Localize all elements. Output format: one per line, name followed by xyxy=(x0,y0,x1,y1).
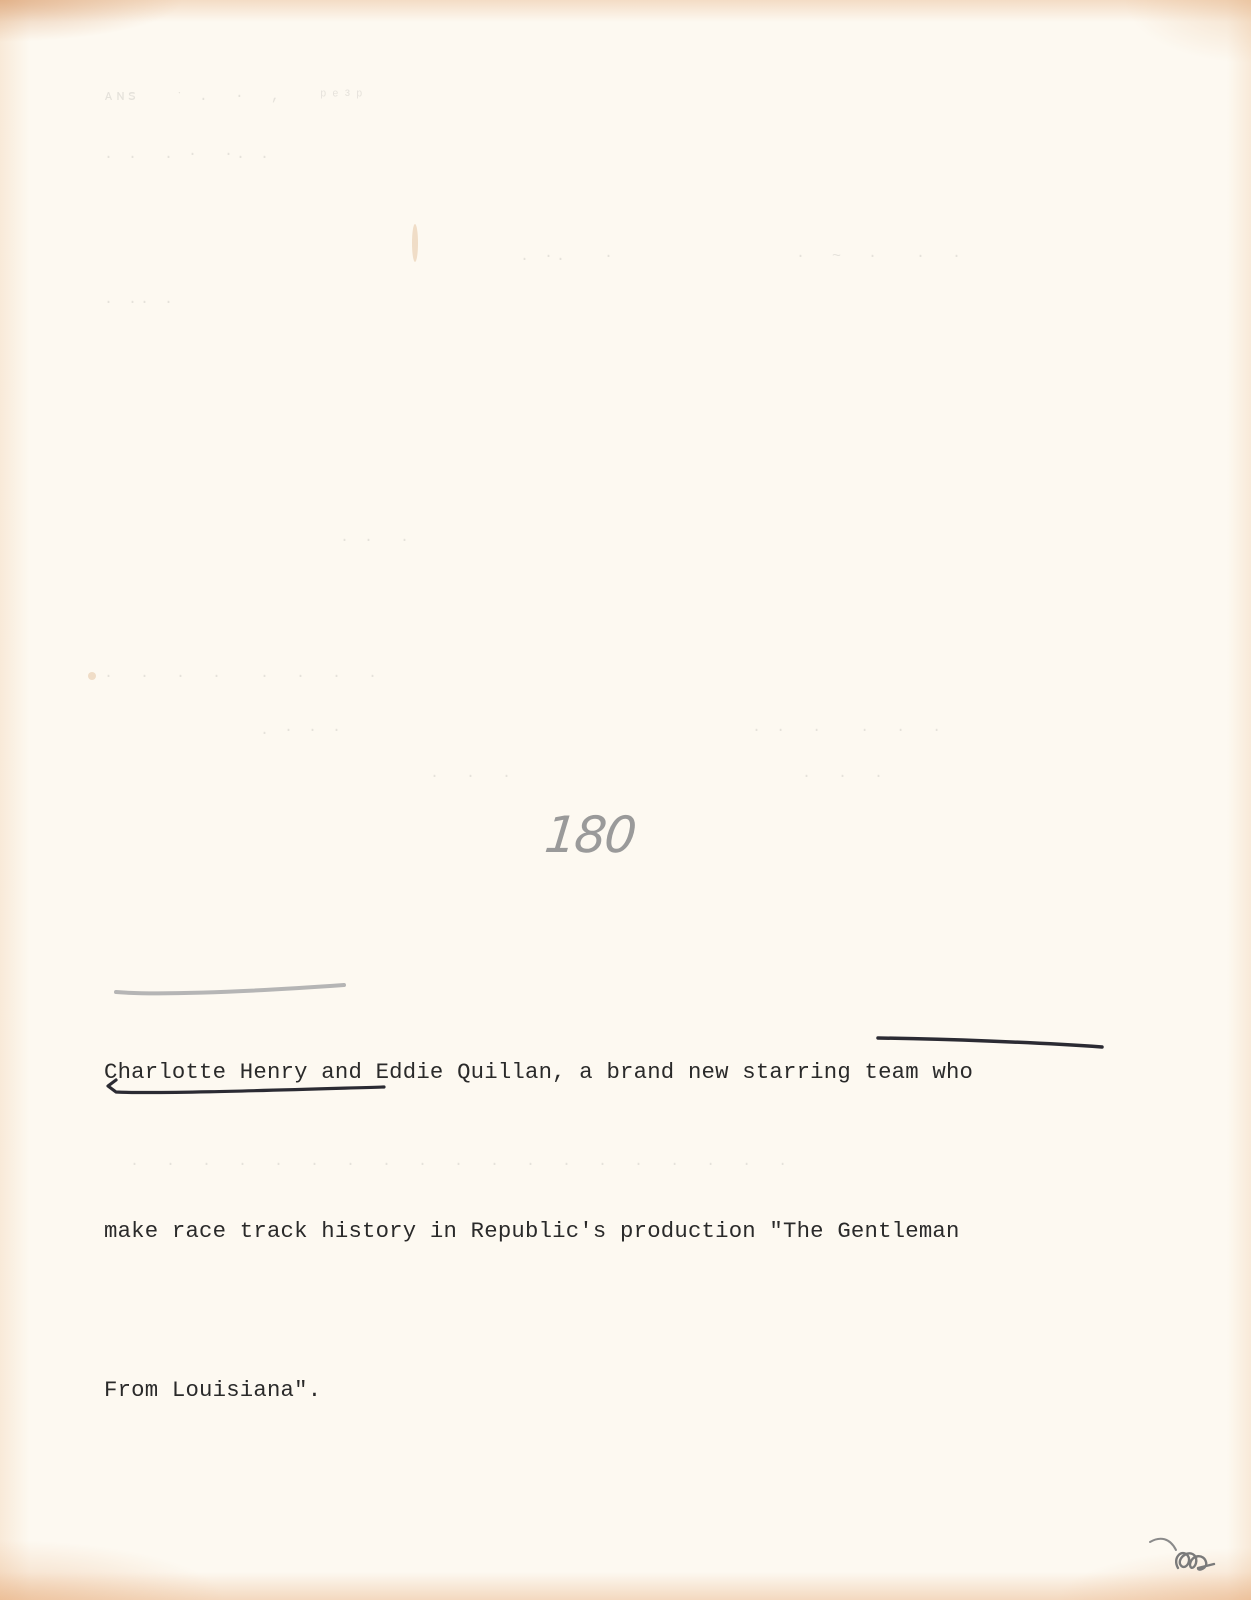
show-through-text: ᴀɴꜱ ˑ . · , ᵖᵉ³ᵖ xyxy=(104,86,367,105)
caption-line: From Louisiana". xyxy=(104,1364,973,1417)
show-through-text: . . . · ·. . xyxy=(104,146,272,163)
typewritten-caption: Charlotte Henry and Eddie Quillan, a bra… xyxy=(104,940,973,1523)
show-through-text: · ·· · xyxy=(104,294,176,311)
paper-stain xyxy=(88,672,96,680)
show-through-text: · · · · · · · · xyxy=(104,668,380,685)
ink-underline xyxy=(100,1072,400,1102)
initials-scribble-icon xyxy=(1148,1528,1218,1588)
show-through-text: · · · · · · xyxy=(430,768,886,785)
caption-line: make race track history in Republic's pr… xyxy=(104,1205,973,1258)
show-through-text: . · · · · · · · · · xyxy=(260,722,944,739)
show-through-text: . ·. · · ~ · · · xyxy=(520,248,964,265)
paper-stain xyxy=(412,224,418,262)
ink-underline xyxy=(872,1030,1112,1054)
show-through-text: · · · xyxy=(340,532,412,549)
handwritten-page-number: 180 xyxy=(542,806,638,864)
pencil-underline xyxy=(112,980,352,1000)
scanned-page: ᴀɴꜱ ˑ . · , ᵖᵉ³ᵖ . . . · ·. . . ·. · · ~… xyxy=(0,0,1251,1600)
